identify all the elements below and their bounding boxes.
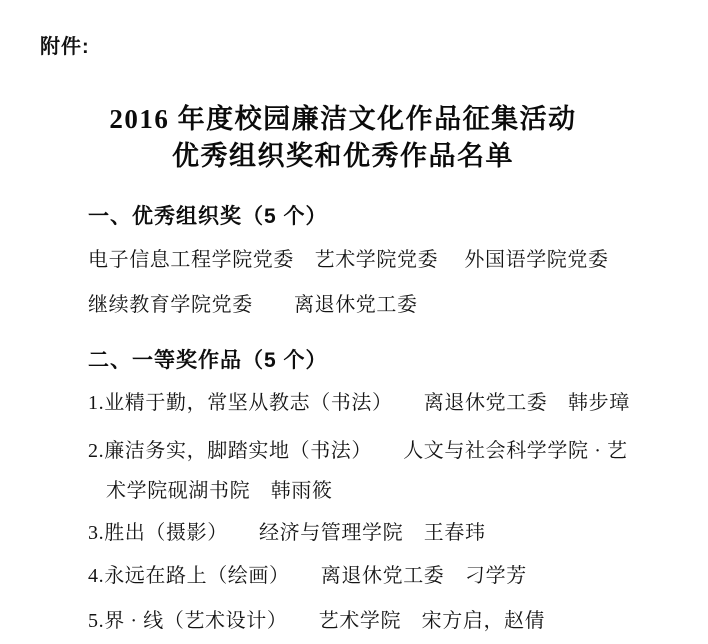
- first-prize-item-5: 5.界 · 线（艺术设计） 艺术学院 宋方启，赵倩: [88, 604, 545, 633]
- attachment-label: 附件:: [40, 30, 90, 59]
- first-prize-item-2-line1: 2.廉洁务实，脚踏实地（书法） 人文与社会科学学院 · 艺: [88, 434, 628, 463]
- org-award-winners-row1: 电子信息工程学院党委 艺术学院党委 外国语学院党委: [88, 243, 609, 272]
- document-title-line2: 优秀组织奖和优秀作品名单: [0, 134, 686, 173]
- first-prize-item-2-line2: 术学院砚湖书院 韩雨筱: [106, 474, 333, 503]
- section-first-prize-heading: 二、一等奖作品（5 个）: [88, 344, 328, 374]
- document-title-line1: 2016 年度校园廉洁文化作品征集活动: [0, 97, 686, 136]
- first-prize-item-4: 4.永远在路上（绘画） 离退休党工委 刁学芳: [88, 559, 527, 588]
- org-award-winners-row2: 继续教育学院党委 离退休党工委: [88, 288, 418, 317]
- first-prize-item-3: 3.胜出（摄影） 经济与管理学院 王春玮: [88, 516, 486, 545]
- first-prize-item-1: 1.业精于勤，常坚从教志（书法） 离退休党工委 韩步璋: [88, 386, 630, 415]
- document-page: 附件: 2016 年度校园廉洁文化作品征集活动 优秀组织奖和优秀作品名单 一、优…: [0, 0, 708, 644]
- section-org-award-heading: 一、优秀组织奖（5 个）: [88, 200, 328, 230]
